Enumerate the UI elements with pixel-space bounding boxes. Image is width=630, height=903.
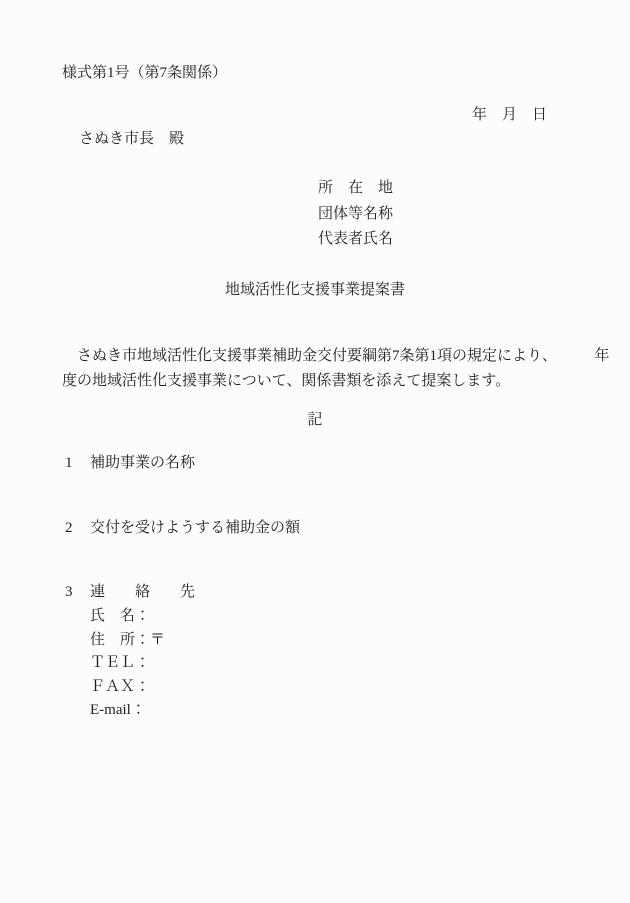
notation-ki: 記 xyxy=(0,411,630,429)
list-item-contact: 3連 絡 先 xyxy=(65,583,195,601)
sender-representative-label: 代表者氏名 xyxy=(318,227,393,253)
list-item-subsidy-amount: 2交付を受けようする補助金の額 xyxy=(65,519,300,537)
contact-field-fax: ＦＡＸ： xyxy=(90,676,165,700)
document-title: 地域活性化支援事業提案書 xyxy=(0,281,630,299)
item-number: 3 xyxy=(65,583,90,601)
body-paragraph: さぬき市地域活性化支援事業補助金交付要綱第7条第1項の規定により、 年 度の地域… xyxy=(62,344,592,393)
date-line: 年 月 日 xyxy=(472,106,547,124)
contact-field-email: E-mail： xyxy=(90,699,165,723)
sender-address-label: 所 在 地 xyxy=(318,176,393,202)
sender-block: 所 在 地 団体等名称 代表者氏名 xyxy=(318,176,393,253)
item-number: 2 xyxy=(65,519,90,537)
list-item-project-name: 1補助事業の名称 xyxy=(65,454,195,472)
item-label: 補助事業の名称 xyxy=(90,455,195,471)
document-page: 様式第1号（第7条関係） 年 月 日 さぬき市長 殿 所 在 地 団体等名称 代… xyxy=(0,0,630,903)
body-line-2: 度の地域活性化支援事業について、関係書類を添えて提案します。 xyxy=(62,369,592,394)
form-number: 様式第1号（第7条関係） xyxy=(62,64,227,82)
contact-field-address: 住 所：〒 xyxy=(90,629,165,653)
item-label: 交付を受けようする補助金の額 xyxy=(90,520,300,536)
contact-fields: 氏 名： 住 所：〒 ＴＥＬ： ＦＡＸ： E-mail： xyxy=(90,605,165,723)
item-label: 連 絡 先 xyxy=(90,584,195,600)
contact-field-name: 氏 名： xyxy=(90,605,165,629)
contact-field-tel: ＴＥＬ： xyxy=(90,652,165,676)
body-line-1: さぬき市地域活性化支援事業補助金交付要綱第7条第1項の規定により、 年 xyxy=(62,344,592,369)
sender-organization-label: 団体等名称 xyxy=(318,202,393,228)
addressee: さぬき市長 殿 xyxy=(79,130,184,148)
item-number: 1 xyxy=(65,454,90,472)
